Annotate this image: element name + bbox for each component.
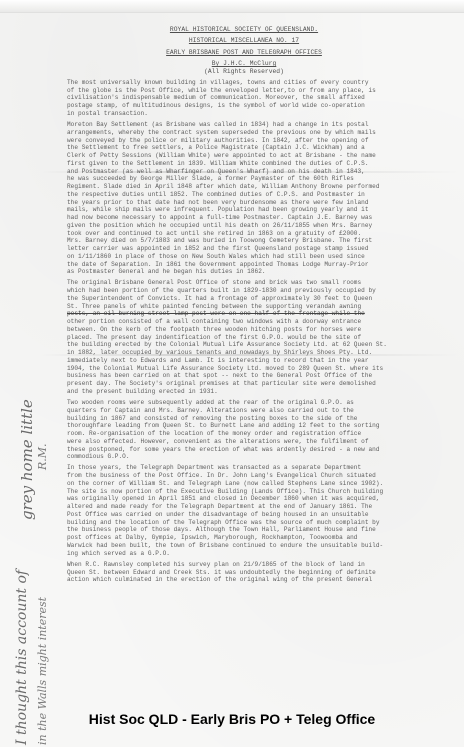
text-line: first given to the Settlement in 1839. W… (45, 160, 443, 168)
text-line: in 1882, later occupied by various tenan… (45, 349, 443, 357)
text-line: the business people of those days. Altho… (45, 526, 443, 534)
image-caption: Hist Soc QLD - Early Bris PO + Teleg Off… (0, 711, 464, 727)
text-line: mails, while ship mails were infrequent.… (45, 206, 443, 214)
article-title: EARLY BRISBANE POST AND TELEGRAPH OFFICE… (45, 49, 443, 57)
text-line: Post Office was carried on under the dis… (45, 511, 443, 519)
text-line: letter carrier was appointed in 1852 and… (45, 245, 443, 253)
text-line: postage stamp, of multitudinous designs,… (45, 102, 443, 110)
miscellanea-header: HISTORICAL MISCELLANEA NO. 17 (45, 37, 443, 45)
text-line: room. Re-organisation of the location of… (45, 430, 443, 438)
text-line-struck: posts, an oil burning street lamp post w… (45, 310, 443, 318)
text-line: 1904, the Colonial Mutual Life Assurance… (45, 365, 443, 373)
text-line: in postal transaction. (45, 110, 443, 118)
text-line: Two wooden rooms were subsequently added… (45, 399, 443, 407)
text-line: ing which served as a G.P.O. (45, 550, 443, 558)
handwritten-margin-note: grey home little (18, 399, 36, 520)
text-line: and Postmaster (as well as Wharfinger on… (45, 168, 443, 176)
text-line: between. On the kerb of the footpath thr… (45, 326, 443, 334)
text-line: building in 1867 and consisted of removi… (45, 415, 443, 423)
text-line: altered and made ready for the Telegraph… (45, 503, 443, 511)
text-line: building and the location of the Telegra… (45, 519, 443, 527)
text-line: the respective duties until 1852. The co… (45, 191, 443, 199)
text-line: thoroughfare leading from Queen St. to B… (45, 422, 443, 430)
text-line: these postponed, for some years the erec… (45, 446, 443, 454)
handwritten-initials: R.M. (36, 443, 49, 470)
paragraph-rawnsley-survey: When R.C. Rawnsley completed his survey … (45, 561, 443, 584)
text-line: action which culminated in the erection … (45, 576, 443, 584)
text-line: on the corner of William St. and Telegra… (45, 480, 443, 488)
page-top-edge (0, 0, 464, 13)
text-line: St. Three panels of white painted fencin… (45, 303, 443, 311)
text-line: was originally opened in April 1851 and … (45, 495, 443, 503)
text-line: commodious G.P.O. (45, 453, 443, 461)
text-line: arrangements, whereby the contract syste… (45, 129, 443, 137)
society-header: ROYAL HISTORICAL SOCIETY OF QUEENSLAND. (45, 26, 443, 34)
text-line: the Superintendent of Convicts. It had a… (45, 295, 443, 303)
rights-notice: (All Rights Reserved) (45, 68, 443, 76)
text-line: he was succeeded by George Miller Slade,… (45, 175, 443, 183)
text-line: had now become necessary to appoint a fu… (45, 214, 443, 222)
text-line: as Postmaster General and he began his d… (45, 268, 443, 276)
text-line: placed. The present day indentification … (45, 334, 443, 342)
text-line: In those years, the Telegraph Department… (45, 464, 443, 472)
text-line: post offices at Dalby, Gympie, Ipswich, … (45, 534, 443, 542)
text-line: Queen St. between Edward and Creek Sts. … (45, 569, 443, 577)
text-line: other portion consisted of a wall contai… (45, 318, 443, 326)
text-line: civilisation's indispensable medium of c… (45, 94, 443, 102)
text-line: Clerk of Petty Sessions (William White) … (45, 152, 443, 160)
text-line: quarters for Captain and Mrs. Barney. Al… (45, 407, 443, 415)
paragraph-telegraph: In those years, the Telegraph Department… (45, 464, 443, 557)
text-line: The site is now portion of the Executive… (45, 488, 443, 496)
paragraph-wooden-rooms: Two wooden rooms were subsequently added… (45, 399, 443, 461)
typewritten-text: ROYAL HISTORICAL SOCIETY OF QUEENSLAND. … (45, 26, 443, 584)
text-line: The most universally known building in v… (45, 79, 443, 87)
text-line: Moreton Bay Settlement (as Brisbane was … (45, 121, 443, 129)
text-line: the years prior to that date had not bee… (45, 199, 443, 207)
text-line: Mrs. Barney died on 5/7/1883 and was bur… (45, 237, 443, 245)
text-line: on 1/11/1860 in place of those on New So… (45, 253, 443, 261)
text-line: present day. The Society's original prem… (45, 380, 443, 388)
text-line: The original Brisbane General Post Offic… (45, 279, 443, 287)
text-line: were also effected. However, convenient … (45, 438, 443, 446)
text-line: and the present building erected in 1931… (45, 388, 443, 396)
text-line: from the business of the Post Office. In… (45, 472, 443, 480)
text-line: given the position which he occupied unt… (45, 222, 443, 230)
text-line: the Settlement to free settlers, a Polic… (45, 144, 443, 152)
text-line: When R.C. Rawnsley completed his survey … (45, 561, 443, 569)
text-line: business has been carried on at that spo… (45, 372, 443, 380)
scanned-document-page: ROYAL HISTORICAL SOCIETY OF QUEENSLAND. … (0, 0, 464, 747)
text-line: the date of Separation. In 1861 the Gove… (45, 261, 443, 269)
text-line: of the globe is the Post Office, while t… (45, 87, 443, 95)
byline: By J.H.C. McClurg (45, 60, 443, 68)
paragraph-moreton-bay: Moreton Bay Settlement (as Brisbane was … (45, 121, 443, 276)
text-line: which had been portion of the quarters b… (45, 287, 443, 295)
text-line: took over and continued to act until she… (45, 230, 443, 238)
text-line: Regiment. Slade died in April 1848 after… (45, 183, 443, 191)
paragraph-intro: The most universally known building in v… (45, 79, 443, 118)
text-line: the building erected by the Colonial Mut… (45, 341, 443, 349)
text-line: Warwick had been built, the town of Bris… (45, 542, 443, 550)
paragraph-original-gpo: The original Brisbane General Post Offic… (45, 279, 443, 395)
text-line: were conveyed by the police or military … (45, 137, 443, 145)
text-line: immediately next to Edwards and Lamb. It… (45, 357, 443, 365)
